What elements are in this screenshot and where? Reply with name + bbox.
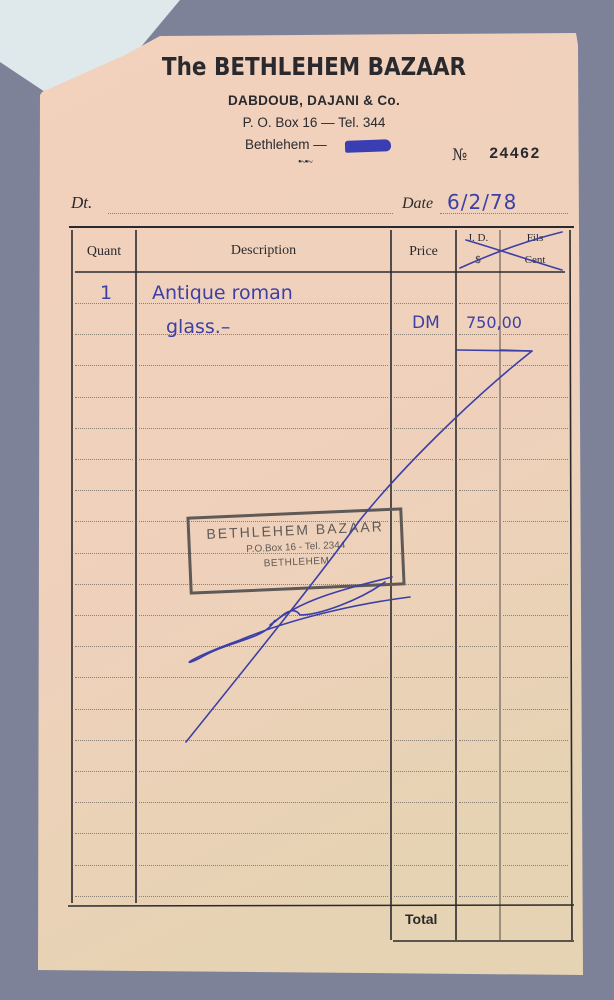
handwritten-strokes bbox=[0, 0, 614, 1000]
currency-cross-out-icon bbox=[460, 232, 562, 268]
signature-stroke bbox=[186, 351, 532, 742]
